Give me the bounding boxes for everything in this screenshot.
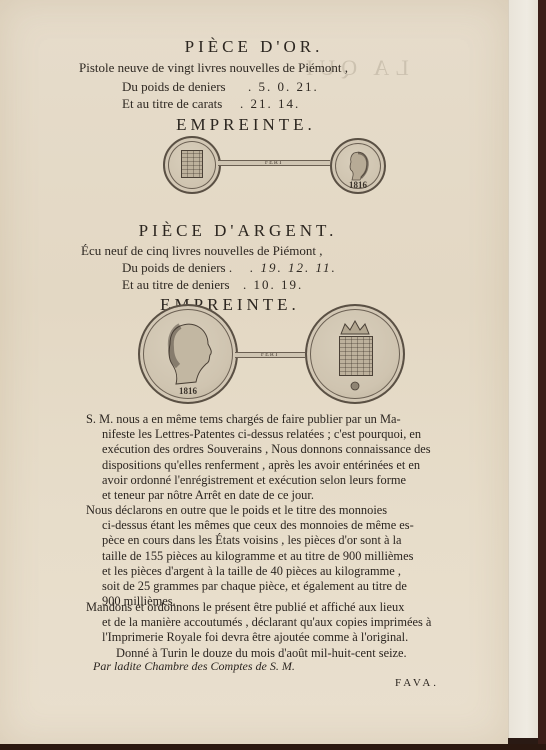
- text-line: et de la manière accoutumés , déclarant …: [102, 615, 426, 630]
- paragraph-declaration: Nous déclarons en outre que le poids et …: [86, 503, 426, 609]
- text-line: Mandons et ordonnons le présent être pub…: [86, 600, 426, 615]
- gold-coin-description: Pistole neuve de vingt livres nouvelles …: [79, 60, 348, 76]
- gold-coin-year: 1816: [332, 180, 384, 190]
- page-edge: [508, 0, 539, 738]
- coat-of-arms-icon: [181, 150, 203, 178]
- silver-coin-title: PIÈCE D'ARGENT.: [0, 221, 492, 241]
- gold-coin-edge-band: FERT: [218, 160, 330, 166]
- silver-fineness-value: . 10. 19.: [243, 277, 303, 293]
- gold-coin-reverse-image: [163, 136, 221, 194]
- background-edge-bottom: [0, 744, 546, 750]
- gold-impression-title: EMPREINTE.: [0, 115, 500, 135]
- silver-coin-edge-band: FERT: [235, 352, 305, 358]
- silver-coin-reverse-image: [305, 304, 405, 404]
- text-line: avoir ordonné l'enrégistrement et exécut…: [102, 473, 426, 488]
- background-edge: [538, 0, 546, 750]
- text-line: exécution des ordres Souverains , Nous d…: [102, 442, 426, 457]
- silver-impression-title: EMPREINTE.: [0, 295, 484, 315]
- gold-weight-label: Du poids de deniers: [122, 79, 226, 95]
- silver-weight-label: Du poids de deniers .: [122, 260, 232, 276]
- gold-coin-title: PIÈCE D'OR.: [0, 37, 508, 57]
- gold-coin-obverse-image: 1816: [330, 138, 386, 194]
- silver-weight-value: . 19. 12. 11.: [250, 260, 337, 276]
- gold-weight-value: . 5. 0. 21.: [248, 79, 319, 95]
- silver-fineness-label: Et au titre de deniers: [122, 277, 230, 293]
- text-line: soit de 25 grammes par chaque pièce, et …: [102, 579, 426, 594]
- silver-coin-year: 1816: [140, 386, 236, 396]
- text-line: et les pièces d'argent à la taille de 40…: [102, 564, 426, 579]
- signature: FAVA.: [395, 677, 439, 689]
- text-line: Nous déclarons en outre que le poids et …: [86, 503, 426, 518]
- text-line: et teneur par nôtre Arrêt en date de ce …: [102, 488, 426, 503]
- silver-coin-description: Écu neuf de cinq livres nouvelles de Pié…: [81, 243, 323, 259]
- paragraph-order: Mandons et ordonnons le présent être pub…: [86, 600, 426, 661]
- text-line: l'Imprimerie Royale foi devra être ajout…: [102, 630, 426, 645]
- silver-coin-obverse-image: 1816: [138, 304, 238, 404]
- closing-attribution: Par ladite Chambre des Comptes de S. M.: [93, 659, 295, 674]
- text-line: dispositions qu'elles renferment , après…: [102, 458, 426, 473]
- text-line: S. M. nous a en même tems chargés de fai…: [86, 412, 426, 427]
- paragraph-manifesto: S. M. nous a en même tems chargés de fai…: [86, 412, 426, 503]
- gold-fineness-label: Et au titre de carats: [122, 96, 222, 112]
- crown-icon: [307, 306, 403, 402]
- text-line: nifeste les Lettres-Patentes ci-dessus r…: [102, 427, 426, 442]
- text-line: taille de 155 pièces au kilogramme et au…: [102, 549, 426, 564]
- text-line: ci-dessus étant les mêmes que ceux des m…: [102, 518, 426, 533]
- text-line: pèce en cours dans les États voisins , l…: [102, 533, 426, 548]
- gold-fineness-value: . 21. 14.: [240, 96, 300, 112]
